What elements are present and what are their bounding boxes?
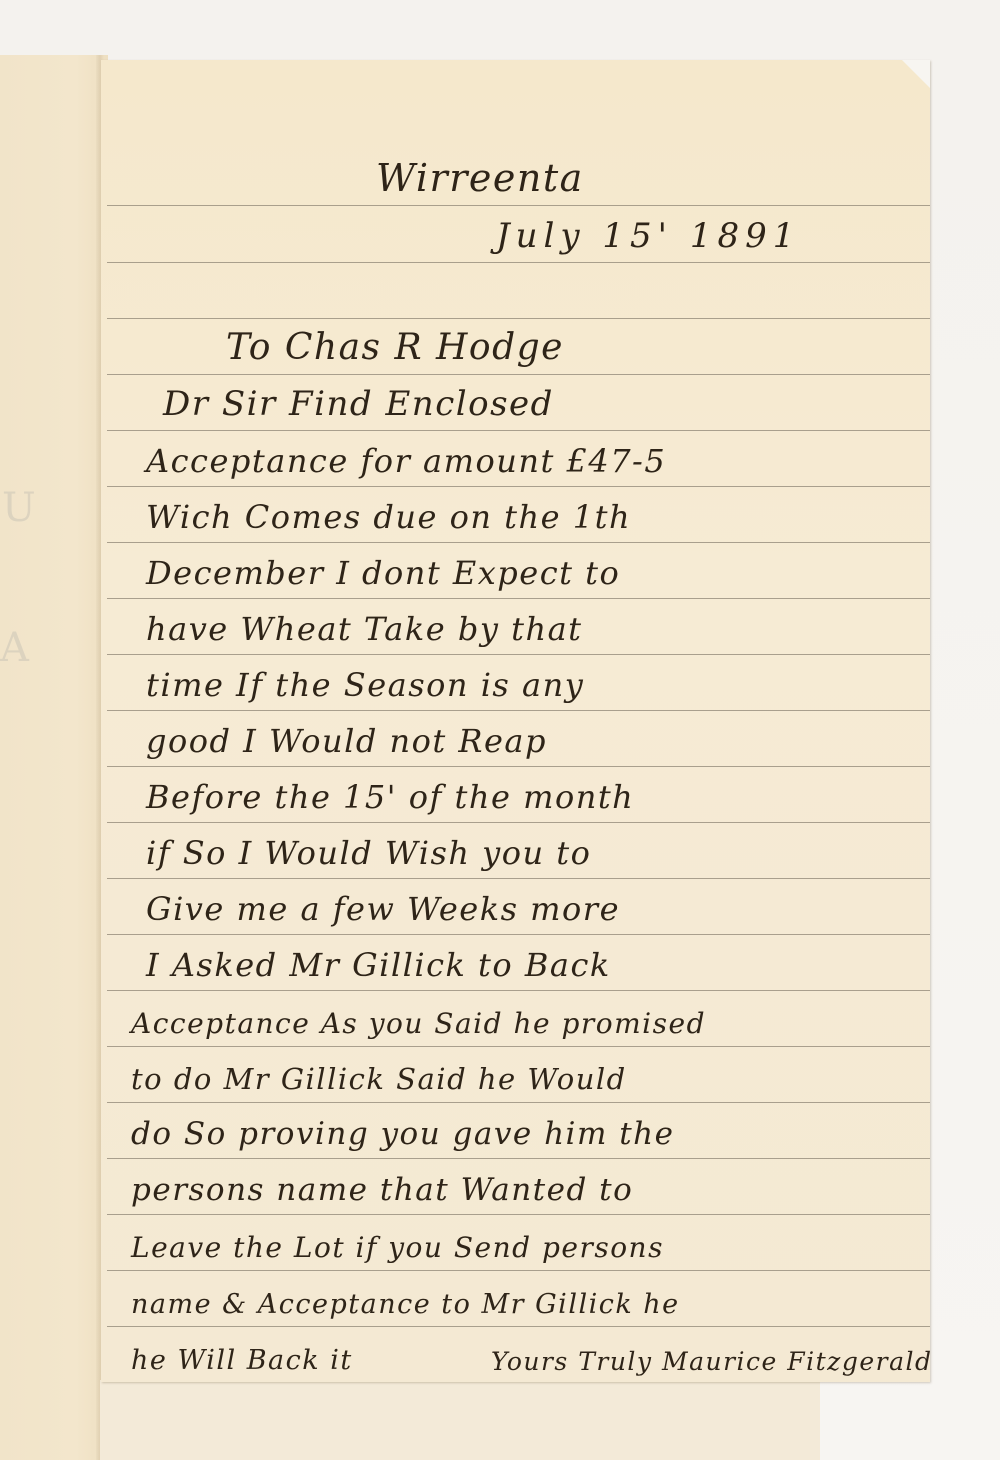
under-sheet (100, 1380, 820, 1460)
body-line: do So proving you gave him the (101, 1102, 930, 1158)
body-line: good I Would not Reap (101, 710, 930, 766)
salutation-line: To Chas R Hodge (101, 318, 930, 374)
body-line: Wich Comes due on the 1th (101, 486, 930, 542)
bleed-through-mark: A (0, 625, 29, 671)
body-line: Acceptance for amount £47-5 (101, 430, 930, 486)
body-line: Dr Sir Find Enclosed (101, 374, 930, 430)
signature: Yours Truly Maurice Fitzgerald (491, 1347, 933, 1376)
salutation: To Chas R Hodge (226, 327, 564, 368)
body-line: have Wheat Take by that (101, 598, 930, 654)
body-line: Give me a few Weeks more (101, 878, 930, 934)
letter-date: July 15' 1891 (496, 216, 800, 256)
body-line: Leave the Lot if you Send persons (101, 1214, 930, 1270)
facing-page: U A (0, 55, 108, 1460)
body-line: persons name that Wanted to (101, 1158, 930, 1214)
body-line: to do Mr Gillick Said he Would (101, 1046, 930, 1102)
body-line: if So I Would Wish you to (101, 822, 930, 878)
folded-corner (902, 60, 930, 88)
body-line: Before the 15' of the month (101, 766, 930, 822)
letter-place-line: Wirreenta (101, 150, 930, 206)
ruled-line (107, 262, 930, 263)
bleed-through-mark: U (2, 485, 36, 531)
letter-sheet: Wirreenta July 15' 1891 To Chas R Hodge … (101, 60, 930, 1382)
body-line: I Asked Mr Gillick to Back (101, 934, 930, 990)
letter-place: Wirreenta (376, 156, 584, 200)
body-line: December I dont Expect to (101, 542, 930, 598)
body-line: Acceptance As you Said he promised (101, 990, 930, 1046)
body-line: time If the Season is any (101, 654, 930, 710)
body-line: he Will Back it Yours Truly Maurice Fitz… (101, 1326, 930, 1382)
letter-date-line: July 15' 1891 (101, 206, 930, 262)
body-line: name & Acceptance to Mr Gillick he (101, 1270, 930, 1326)
